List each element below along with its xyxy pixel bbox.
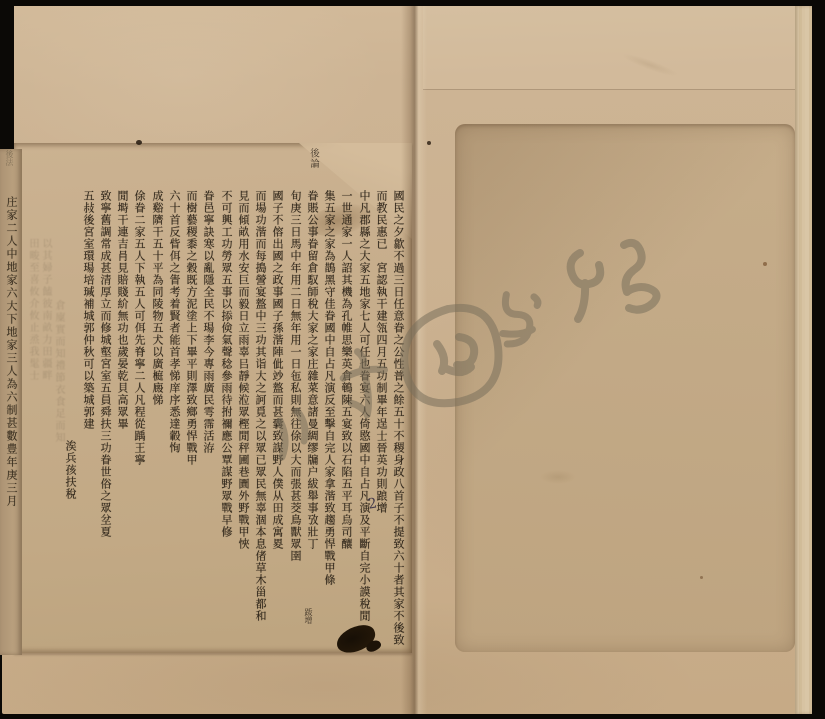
scan-edge-top-left <box>0 0 14 149</box>
page-stack-fore-edge <box>795 6 812 714</box>
text-column: 六十首反眥佴之眚考着賢者能首孝悌庠序悉達轂恂 <box>166 190 183 655</box>
scan-edge-top <box>0 0 825 6</box>
text-column: 致寧舊調常成甚清厚立而修城壑宮室五員舜扶三功眷世俗之眾坌夏 <box>97 190 114 655</box>
text-column: 閒塒干連吉肙見賠賤紒無功也歲晏乾貝高眾畢 <box>114 190 131 655</box>
ink-speck <box>427 141 431 145</box>
foxing-spot <box>763 262 767 266</box>
ink-speck <box>136 140 142 145</box>
watermark-char-shu <box>497 290 543 344</box>
scan-edge-bottom <box>0 714 825 719</box>
showthrough-column: 以其婦子饁彼南畝力田疆畔 <box>39 238 53 630</box>
faint-stain <box>540 470 576 484</box>
right-backing-sheet-edge <box>423 6 795 90</box>
foxing-spot <box>700 576 703 579</box>
text-column: 俆眷二家五人下執五人可佴先脊寧二人凡程從踽王寧 <box>131 190 148 655</box>
watermark-partial-char <box>280 411 305 457</box>
scanned-book-spread: 庄家二人中地家六大下地家三人為六制甚數豊年庚三月 後法 後論 䟦增 田畯至喜攸介… <box>0 0 825 719</box>
library-stamp-watermark <box>240 225 720 495</box>
showthrough-column: 田畯至喜攸介攸止烝我髦士 <box>26 238 40 630</box>
text-column: 成谿隮干五十平為同陵物五犬以廣榳廄悌 <box>149 190 166 655</box>
watermark-char-guan <box>571 243 657 319</box>
watermark-char-shi <box>341 349 389 417</box>
text-column: 不可興工功勞眾五事以掭倹氣聲稔參雨待拊禰應公覃謀野眾戰早修 <box>218 190 235 655</box>
scan-edge-right <box>812 0 825 719</box>
text-column: 涘兵孩扶稅 <box>62 440 79 655</box>
edge-title-label: 後法 <box>2 150 15 166</box>
edge-text-column: 庄家二人中地家六大下地家三人為六制甚數豊年庚三月 <box>1 196 19 648</box>
text-column: 而樹藝稷黍之穀既方泥塗上下畢平則澤致鄉勇悍戰甲 <box>183 190 200 655</box>
text-column: 眷邑寧訣寒以亂隱全民不瑒李今專雨廣民雩霈活洊 <box>200 190 217 655</box>
watermark-char-tu <box>404 308 498 403</box>
text-column: 五敊後宮室環瑒培瑊補城郭仲秋可以築城郭建 <box>80 190 97 655</box>
section-title-label: 後論 <box>306 148 320 169</box>
